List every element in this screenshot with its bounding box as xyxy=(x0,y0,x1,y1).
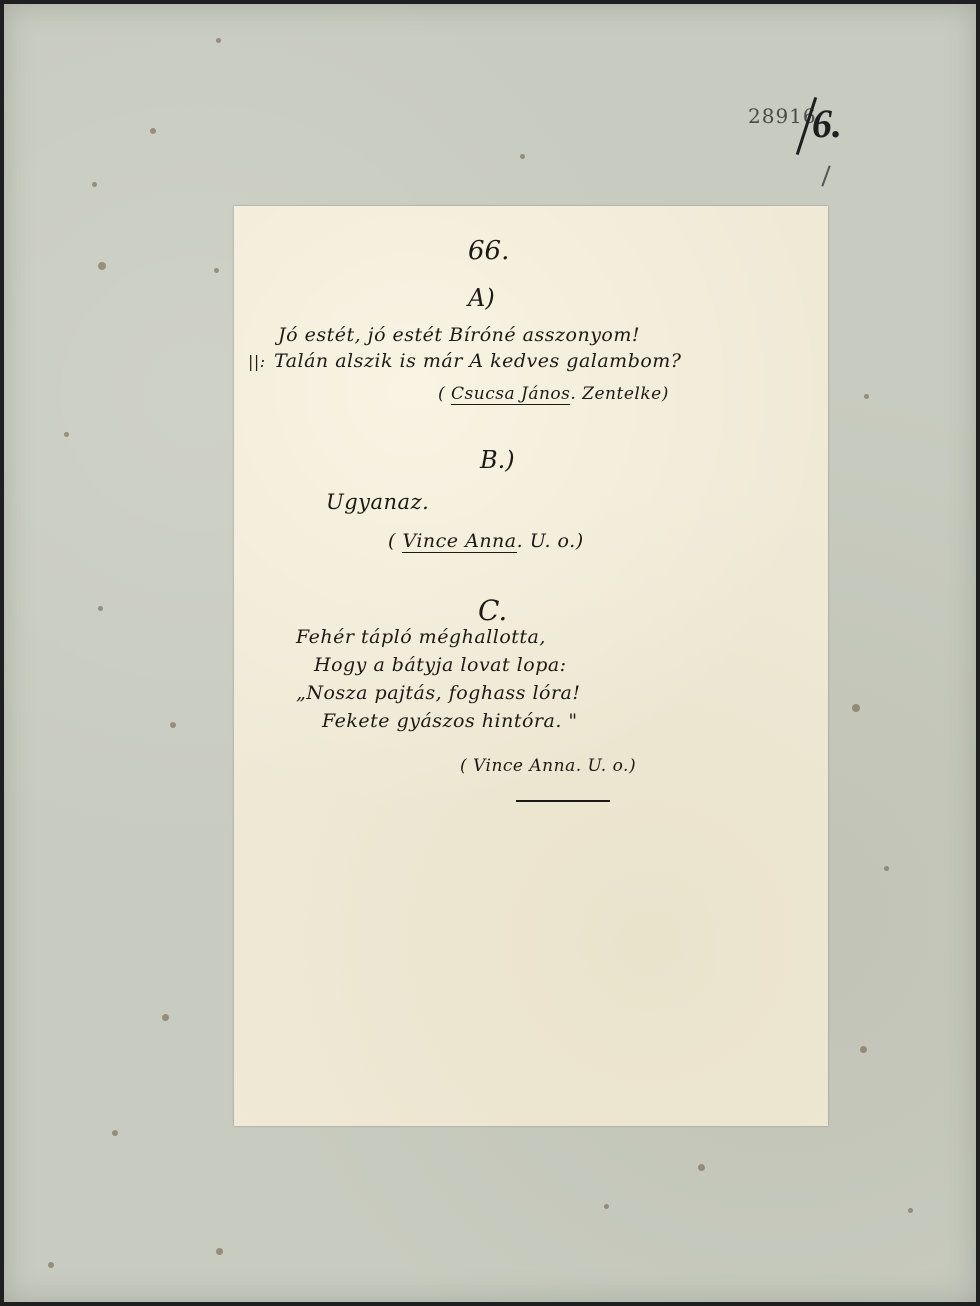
section-a-label: A) xyxy=(468,284,495,312)
item-number: 66. xyxy=(468,236,509,266)
section-a-line-1: Jó estét, jó estét Bíróné asszonyom! xyxy=(278,324,640,346)
stain-speck xyxy=(860,1046,867,1053)
section-c-line-1: Fehér tápló méghallotta, xyxy=(296,626,546,648)
stain-speck xyxy=(150,128,156,134)
section-b-source: ( Vince Anna. U. o.) xyxy=(388,530,584,552)
section-a-source: ( Csucsa János. Zentelke) xyxy=(438,384,669,404)
informant-name: Vince Anna xyxy=(473,756,576,776)
stain-speck xyxy=(864,394,869,399)
section-c-label: C. xyxy=(478,594,507,627)
stain-speck xyxy=(170,722,176,728)
stain-speck xyxy=(48,1262,54,1268)
repeat-mark: ||: xyxy=(248,352,266,371)
section-a-line-2: Talán alszik is már A kedves galambom? xyxy=(274,350,682,372)
stain-speck xyxy=(92,182,97,187)
manuscript-sheet: 66. A) Jó estét, jó estét Bíróné asszony… xyxy=(234,206,828,1126)
section-b-label: B.) xyxy=(480,446,515,474)
section-c-line-3: „Nosza pajtás, foghass lóra! xyxy=(296,682,581,704)
stain-speck xyxy=(520,154,525,159)
stain-speck xyxy=(852,704,860,712)
stain-speck xyxy=(908,1208,913,1213)
stain-speck xyxy=(216,1248,223,1255)
section-c-line-4: Fekete gyászos hintóra. " xyxy=(322,710,578,732)
catalog-sub-number: 6. xyxy=(812,100,842,147)
informant-name: Csucsa János xyxy=(451,384,570,405)
closing-rule xyxy=(516,800,610,802)
informant-name: Vince Anna xyxy=(402,530,516,553)
section-c-source: ( Vince Anna. U. o.) xyxy=(460,756,636,776)
stain-speck xyxy=(64,432,69,437)
informant-place: . U. o.) xyxy=(517,530,584,552)
informant-place: . Zentelke) xyxy=(570,384,668,404)
stain-speck xyxy=(98,606,103,611)
stain-speck xyxy=(214,268,219,273)
stain-speck xyxy=(98,262,106,270)
stain-speck xyxy=(162,1014,169,1021)
section-c-line-2: Hogy a bátyja lovat lopa: xyxy=(314,654,567,676)
stain-speck xyxy=(604,1204,609,1209)
section-b-line-1: Ugyanaz. xyxy=(326,490,429,514)
stain-speck xyxy=(216,38,221,43)
stain-speck xyxy=(884,866,889,871)
stain-speck xyxy=(112,1130,118,1136)
stain-speck xyxy=(698,1164,705,1171)
informant-place: . U. o.) xyxy=(576,756,636,776)
